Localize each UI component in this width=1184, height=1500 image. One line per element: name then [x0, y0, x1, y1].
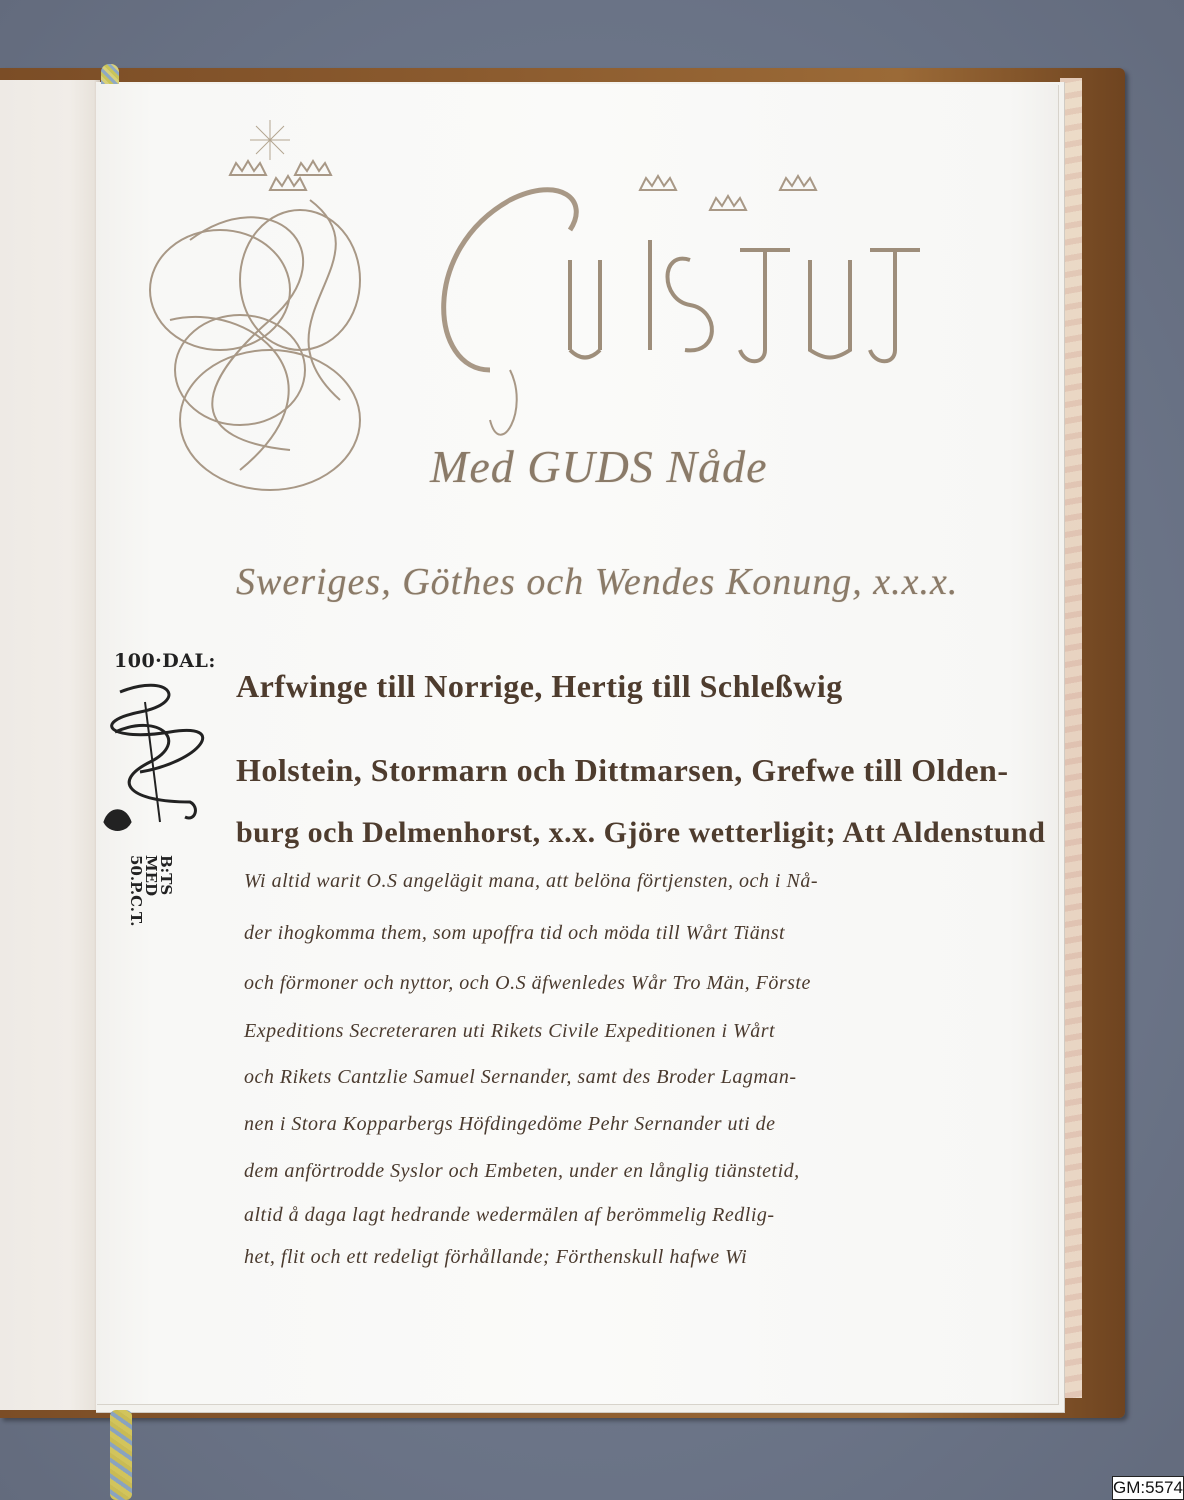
body-line: Wi altid warit O.S angelägit mana, att b…	[244, 870, 818, 893]
left-facing-page	[0, 80, 100, 1410]
crown-icon	[295, 161, 331, 175]
stamp-tax-line-2: 50.P.C.T.	[128, 855, 143, 925]
crown-icon	[640, 176, 676, 190]
crown-icon	[230, 161, 266, 175]
signature-flourish	[100, 672, 210, 852]
crown-icon	[710, 196, 746, 210]
body-line: dem anförtrodde Syslor och Embeten, unde…	[244, 1160, 800, 1183]
body-line: Expeditions Secreteraren uti Rikets Civi…	[244, 1020, 775, 1043]
body-line: och förmoner och nyttor, och O.S äfwenle…	[244, 972, 811, 995]
crown-icon	[270, 176, 306, 190]
body-line: altid å daga lagt hedrande wedermälen af…	[244, 1204, 775, 1227]
crown-icon	[780, 176, 816, 190]
stamp-tax-line-1: B:TS MED	[143, 855, 173, 925]
title-line-1: Arfwinge till Norrige, Hertig till Schle…	[236, 668, 843, 705]
body-line: nen i Stora Kopparbergs Höfdingedöme Peh…	[244, 1113, 776, 1136]
body-line: het, flit och ett redeligt förhållande; …	[244, 1246, 747, 1269]
heading-line-3: Sweriges, Göthes och Wendes Konung, x.x.…	[236, 560, 958, 604]
heading-line-2: Med GUDS Nåde	[430, 440, 768, 493]
body-line: och Rikets Cantzlie Samuel Sernander, sa…	[244, 1066, 796, 1089]
body-line: der ihogkomma them, som upoffra tid och …	[244, 922, 785, 945]
title-line-2: Holstein, Stormarn och Dittmarsen, Grefw…	[236, 752, 1008, 789]
stamp-tax-rate: B:TS MED 50.P.C.T.	[113, 855, 173, 925]
star-icon	[250, 120, 290, 160]
catalog-id-label: GM:5574	[1112, 1476, 1184, 1500]
ribbon-bookmark-tail	[110, 1410, 132, 1500]
stamp-amount: 100·DAL:	[114, 650, 216, 672]
title-line-3: burg och Delmenhorst, x.x. Gjöre wetterl…	[236, 816, 1045, 850]
